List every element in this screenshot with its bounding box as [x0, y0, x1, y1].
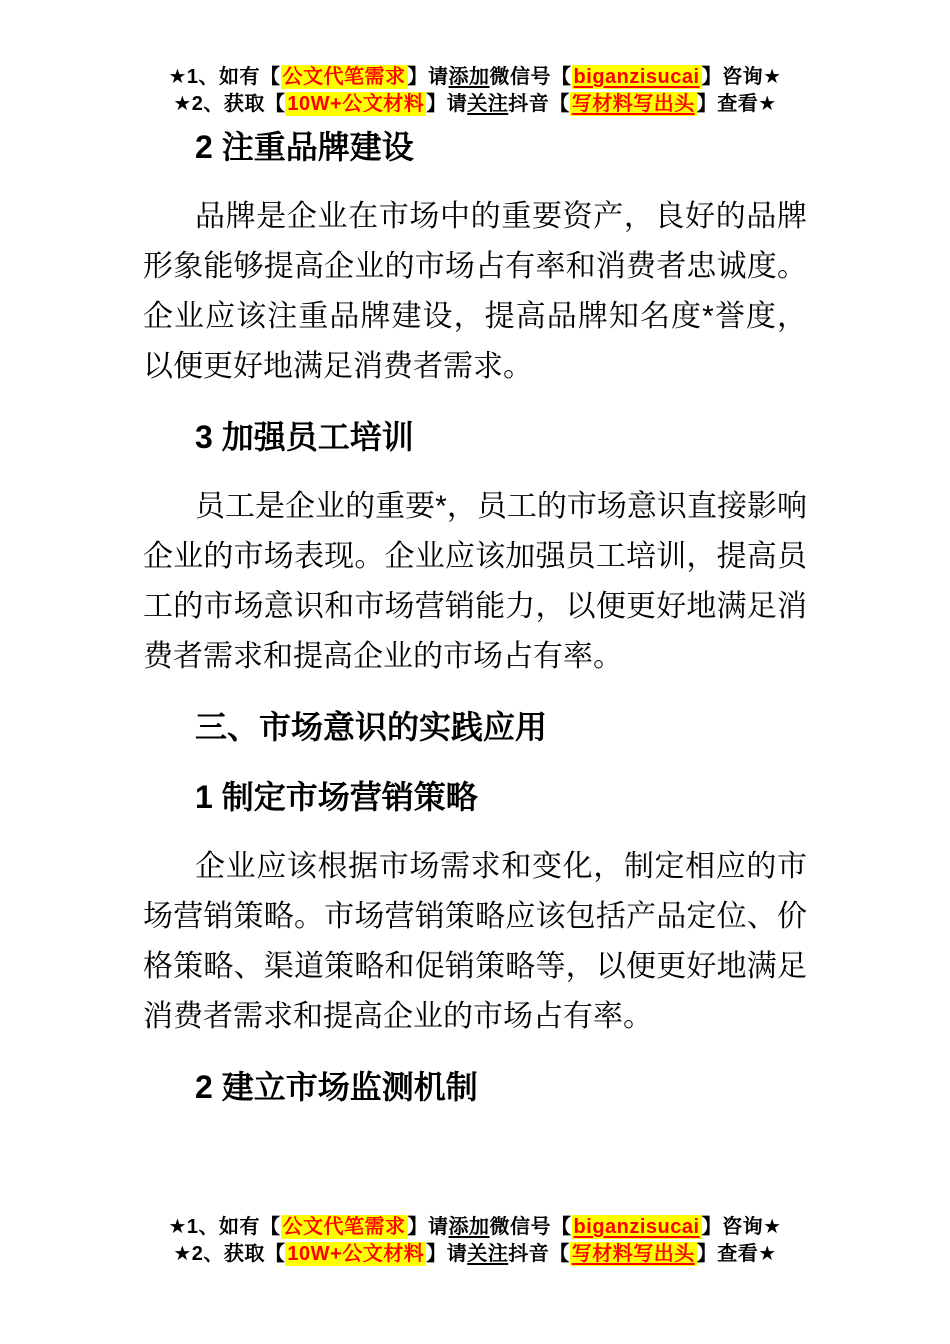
- promo-text: ★1、如有【: [168, 66, 280, 88]
- paragraph-marketing-strategy: 企业应该根据市场需求和变化，制定相应的市场营销策略。市场营销策略应该包括产品定位…: [143, 842, 807, 1042]
- promo-line-2: ★2、获取【10W+公文材料】请关注抖音【写材料写出头】查看★: [0, 1241, 950, 1268]
- promo-text: ★2、获取【: [173, 1243, 285, 1265]
- promo-banner-bottom: ★1、如有【公文代笔需求】请添加微信号【biganzisucai】咨询★ ★2、…: [0, 1214, 950, 1268]
- paragraph-brand-building: 品牌是企业在市场中的重要资产，良好的品牌形象能够提高企业的市场占有率和消费者忠诚…: [143, 192, 807, 392]
- promo-text: ★2、获取【: [173, 93, 285, 115]
- document-body: 2 注重品牌建设 品牌是企业在市场中的重要资产，良好的品牌形象能够提高企业的市场…: [143, 122, 807, 1132]
- promo-highlight-writing-service: 公文代笔需求: [281, 1215, 408, 1239]
- promo-highlight-materials: 10W+公文材料: [285, 1242, 426, 1266]
- heading-market-monitoring: 2 建立市场监测机制: [143, 1062, 807, 1112]
- promo-text: 】查看★: [697, 1243, 777, 1265]
- promo-line-1: ★1、如有【公文代笔需求】请添加微信号【biganzisucai】咨询★: [0, 1214, 950, 1241]
- promo-line-1: ★1、如有【公文代笔需求】请添加微信号【biganzisucai】咨询★: [0, 64, 950, 91]
- promo-text: 】请: [426, 1243, 467, 1265]
- promo-line-2: ★2、获取【10W+公文材料】请关注抖音【写材料写出头】查看★: [0, 91, 950, 118]
- promo-text: 抖音【: [508, 1243, 570, 1265]
- heading-brand-building: 2 注重品牌建设: [143, 122, 807, 172]
- promo-text: 】咨询★: [702, 66, 782, 88]
- promo-highlight-writing-service: 公文代笔需求: [281, 65, 408, 89]
- promo-text: ★1、如有【: [168, 1216, 280, 1238]
- promo-text: 微信号【: [490, 66, 572, 88]
- promo-underline-follow: 关注: [467, 1243, 508, 1265]
- promo-text: 】请: [408, 66, 449, 88]
- promo-highlight-douyin-id: 写材料写出头: [570, 1242, 697, 1266]
- promo-banner-top: ★1、如有【公文代笔需求】请添加微信号【biganzisucai】咨询★ ★2、…: [0, 64, 950, 118]
- promo-text: 】请: [426, 93, 467, 115]
- document-page: ★1、如有【公文代笔需求】请添加微信号【biganzisucai】咨询★ ★2、…: [0, 0, 950, 1344]
- heading-marketing-strategy: 1 制定市场营销策略: [143, 772, 807, 822]
- promo-underline-add: 添加: [449, 66, 490, 88]
- promo-text: 微信号【: [490, 1216, 572, 1238]
- promo-underline-add: 添加: [449, 1216, 490, 1238]
- promo-text: 】咨询★: [702, 1216, 782, 1238]
- heading-employee-training: 3 加强员工培训: [143, 412, 807, 462]
- heading-practice-application: 三、市场意识的实践应用: [143, 702, 807, 752]
- promo-highlight-wechat-id: biganzisucai: [572, 65, 702, 89]
- promo-text: 】请: [408, 1216, 449, 1238]
- promo-highlight-douyin-id: 写材料写出头: [570, 92, 697, 116]
- paragraph-employee-training: 员工是企业的重要*，员工的市场意识直接影响企业的市场表现。企业应该加强员工培训，…: [143, 482, 807, 682]
- promo-text: 】查看★: [697, 93, 777, 115]
- promo-underline-follow: 关注: [467, 93, 508, 115]
- promo-text: 抖音【: [508, 93, 570, 115]
- promo-highlight-wechat-id: biganzisucai: [572, 1215, 702, 1239]
- promo-highlight-materials: 10W+公文材料: [285, 92, 426, 116]
